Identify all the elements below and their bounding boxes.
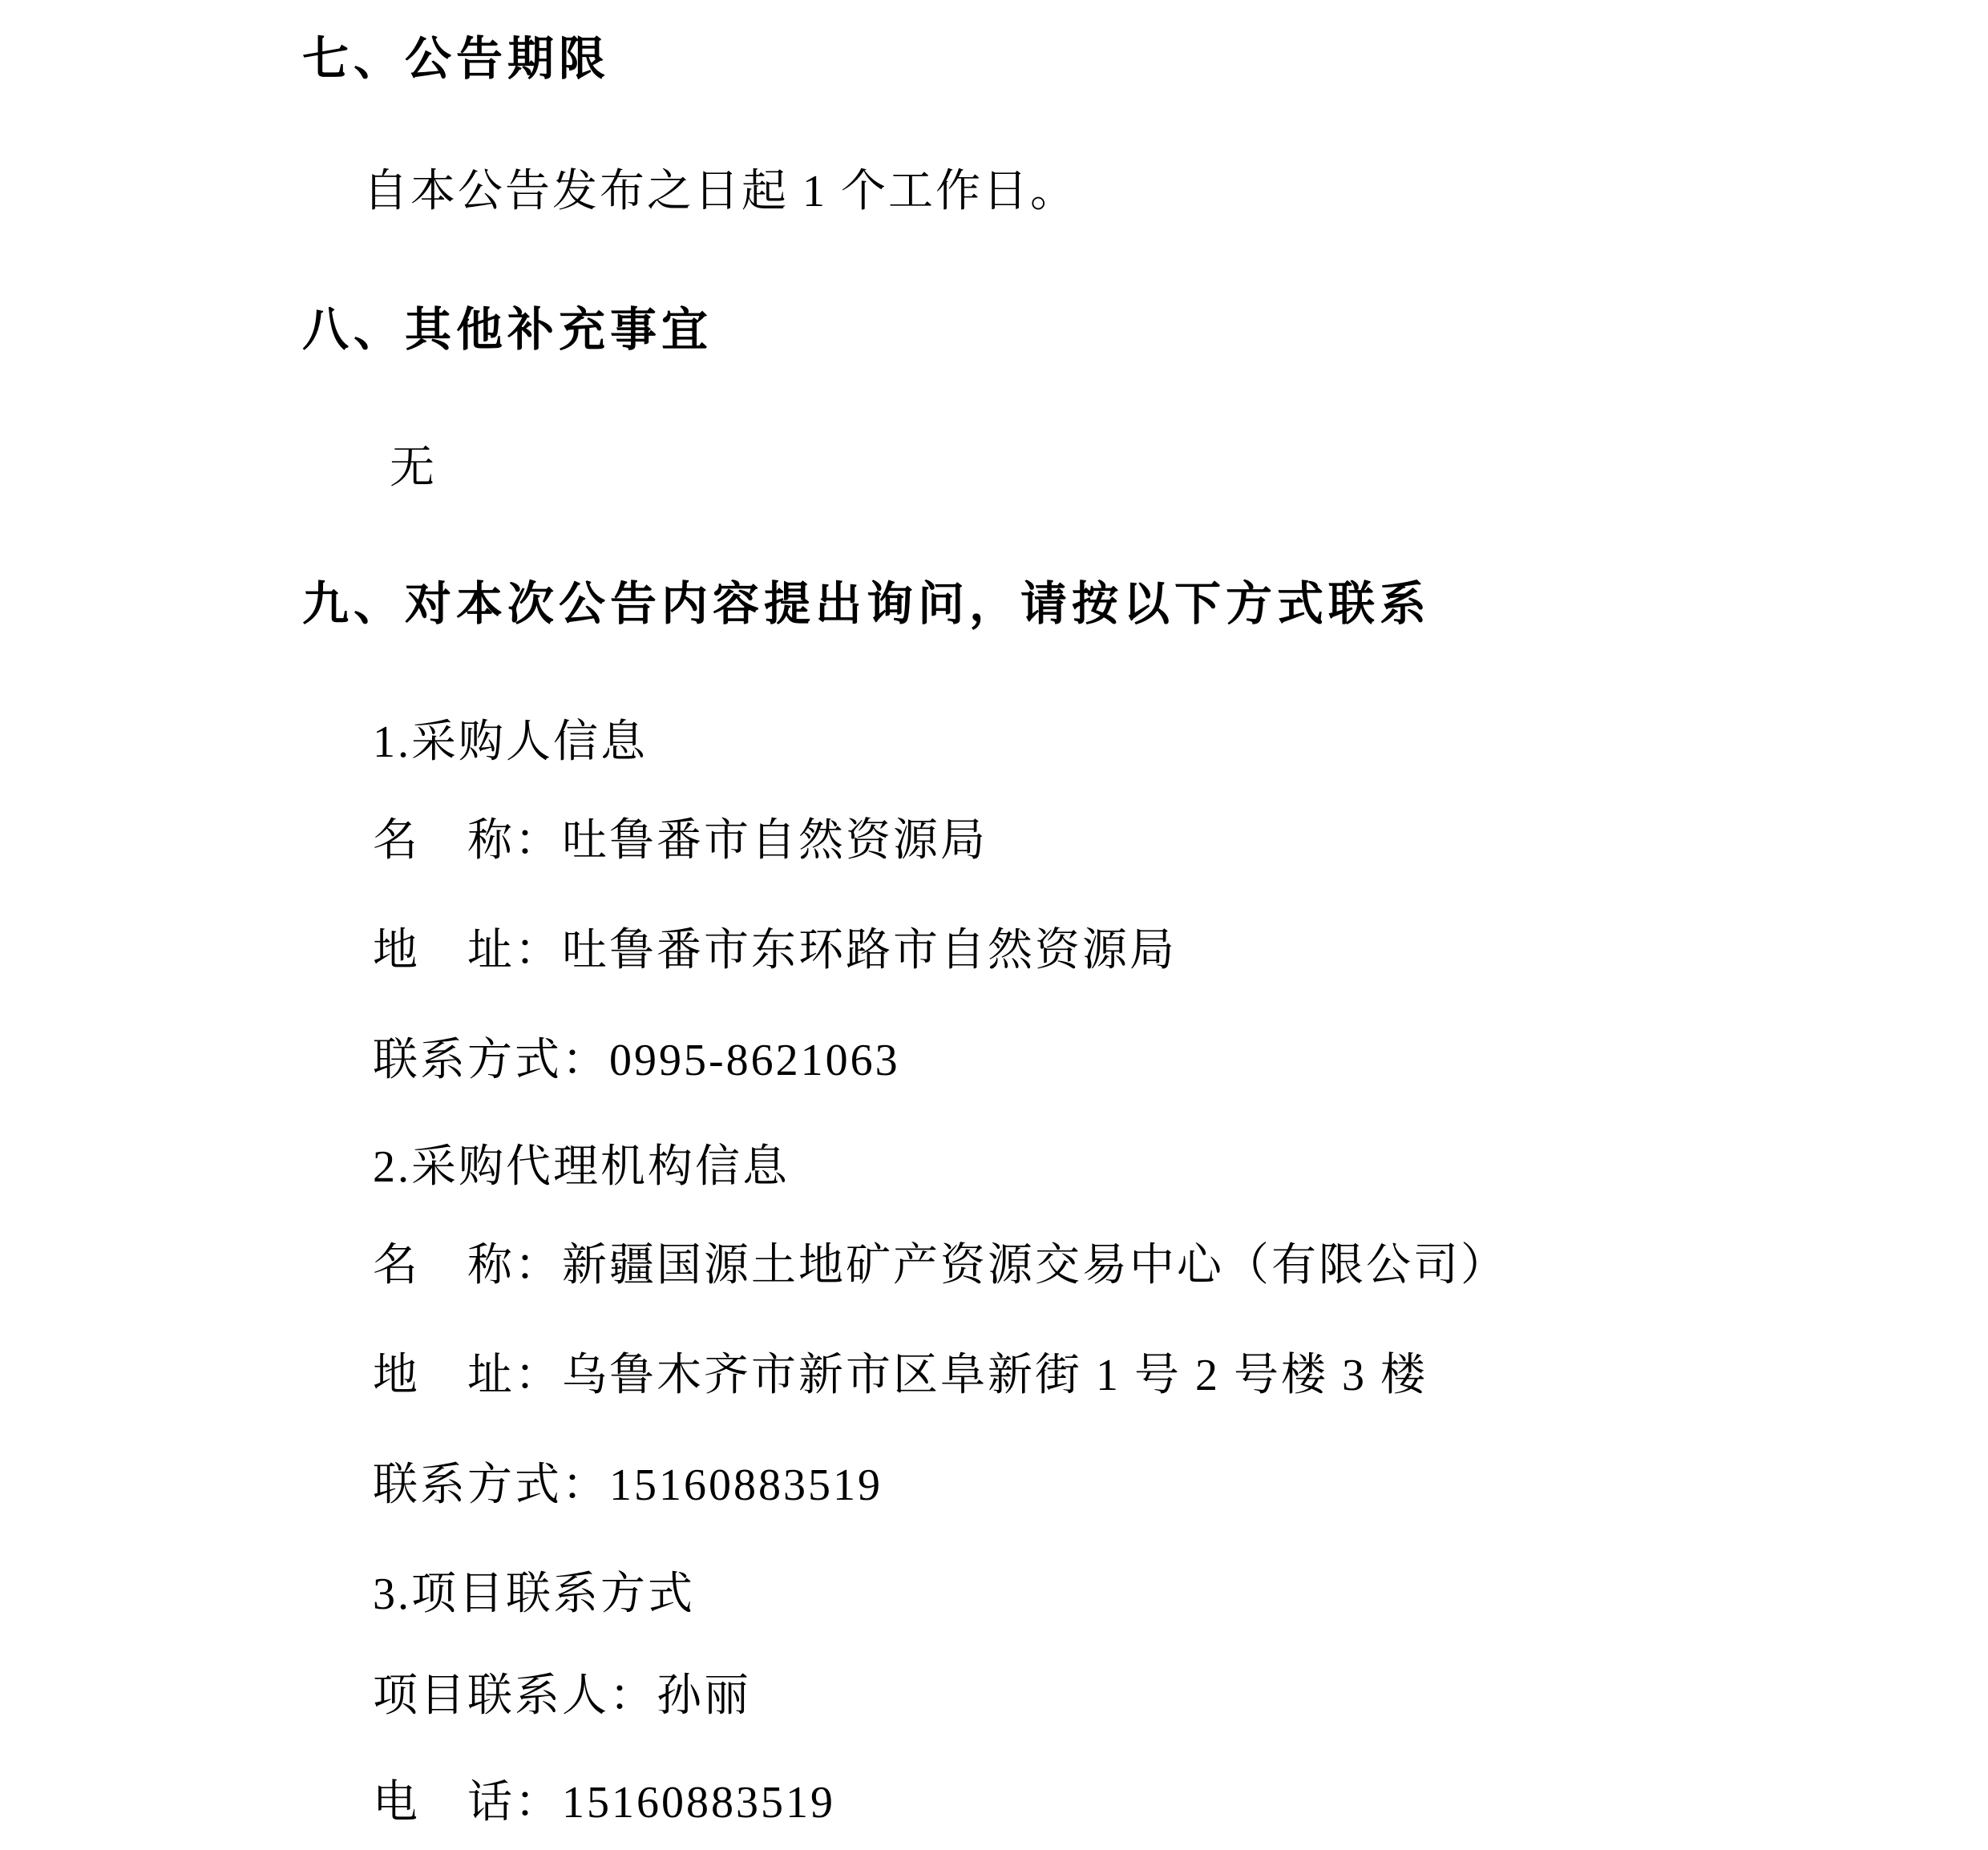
- item-purchaser-contact-number: 联系方式：0995-8621063: [373, 1036, 900, 1085]
- item-project-contact-title: 3.项目联系方式: [373, 1569, 695, 1619]
- paragraph-other-supplementary-matters: 无: [390, 443, 437, 493]
- item-project-phone: 电 话：15160883519: [373, 1778, 835, 1828]
- item-agency-name: 名 称：新疆国源土地矿产资源交易中心（有限公司）: [373, 1241, 1508, 1291]
- item-agency-info-title: 2.采购代理机构信息: [373, 1142, 790, 1192]
- item-project-contact-person: 项目联系人：孙丽: [373, 1671, 751, 1721]
- heading-notice-period: 七、公告期限: [302, 34, 610, 85]
- announcement-page: 七、公告期限 自本公告发布之日起 1 个工作日。 八、其他补充事宜 无 九、对本…: [0, 0, 1988, 1850]
- item-agency-contact-number: 联系方式：15160883519: [373, 1460, 883, 1510]
- item-agency-address: 地 址：乌鲁木齐市新市区阜新街 1 号 2 号楼 3 楼: [373, 1351, 1428, 1400]
- item-purchaser-info-title: 1.采购人信息: [373, 717, 648, 767]
- heading-contact-methods: 九、对本次公告内容提出询问，请按以下方式联系: [302, 579, 1431, 630]
- item-purchaser-address: 地 址：吐鲁番市东环路市自然资源局: [373, 926, 1177, 975]
- item-purchaser-name: 名 称：吐鲁番市自然资源局: [373, 816, 988, 866]
- paragraph-notice-period: 自本公告发布之日起 1 个工作日。: [363, 167, 1077, 216]
- heading-other-supplementary-matters: 八、其他补充事宜: [302, 305, 713, 356]
